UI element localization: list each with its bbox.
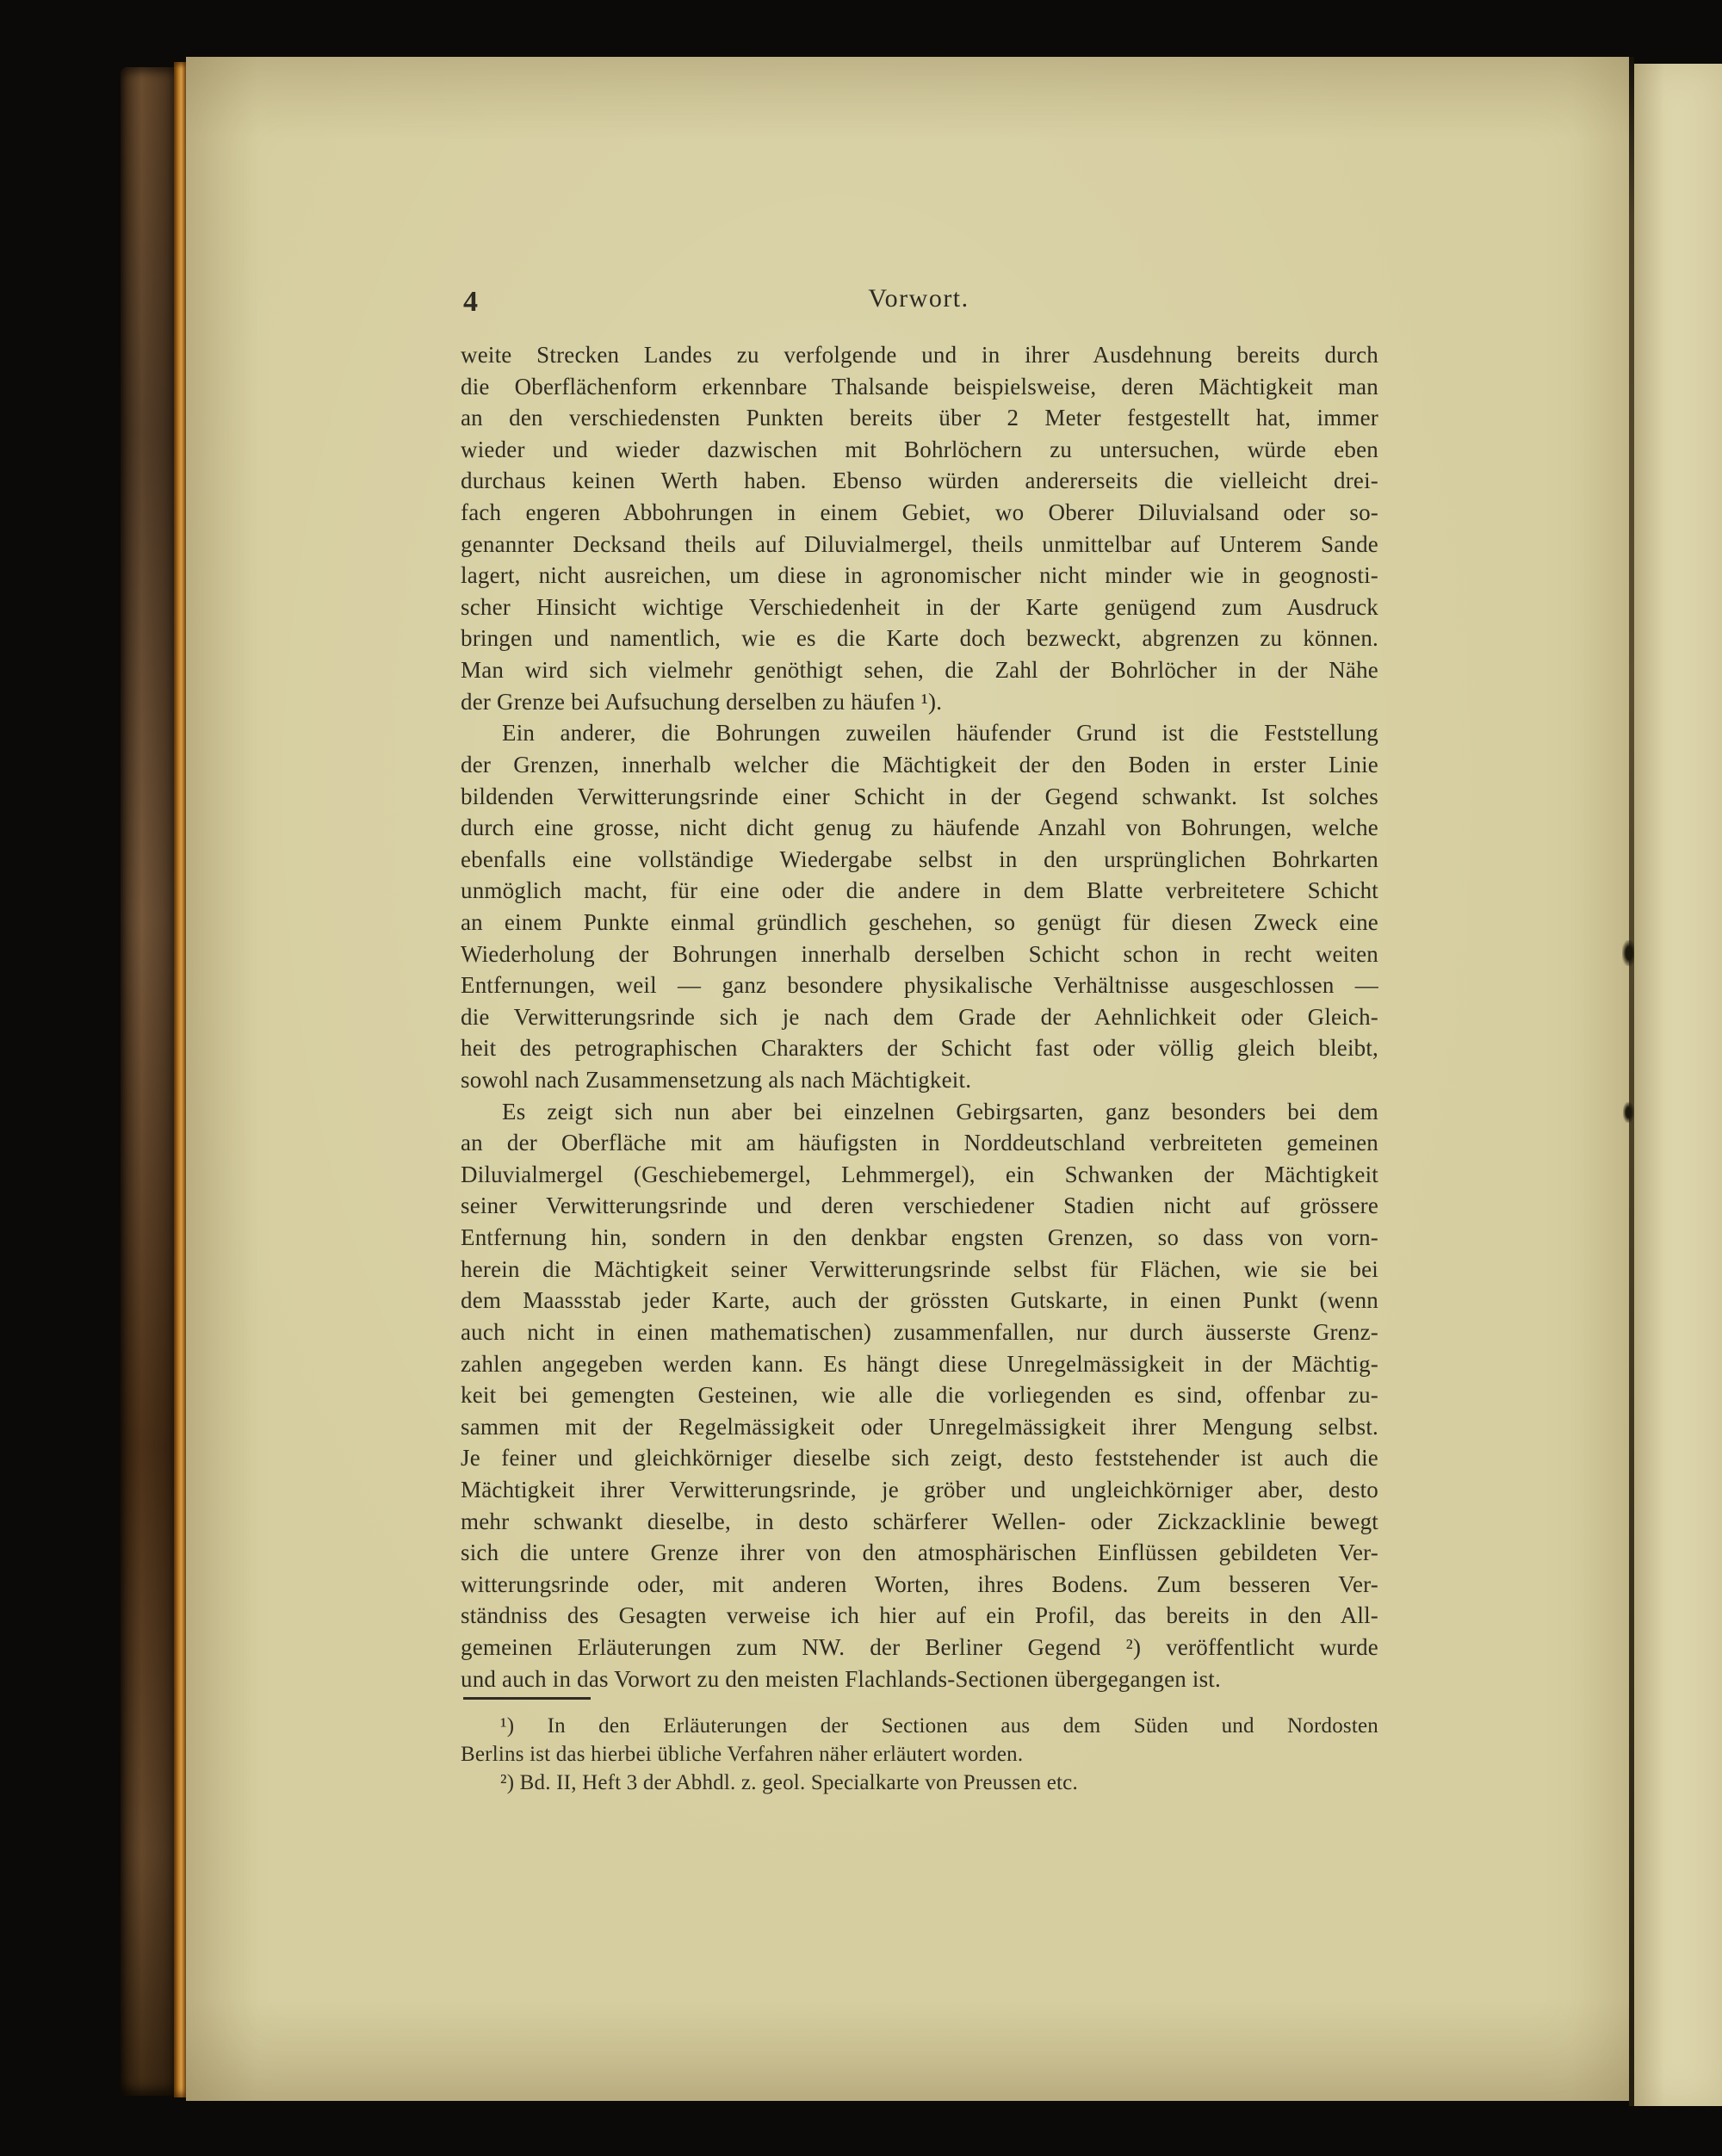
text-line: witterungsrinde oder, mit anderen Worten…: [461, 1569, 1378, 1601]
text-line: ¹) In den Erläuterungen der Sectionen au…: [461, 1712, 1378, 1740]
text-line: heit des petrographischen Charakters der…: [461, 1032, 1378, 1064]
book-spine-edge: [121, 67, 176, 2096]
text-line: durch eine grosse, nicht dicht genug zu …: [461, 812, 1378, 844]
text-line: gemeinen Erläuterungen zum NW. der Berli…: [461, 1632, 1378, 1663]
text-line: genannter Decksand theils auf Diluvialme…: [461, 529, 1378, 561]
paper-nick: [1623, 1102, 1634, 1123]
text-line: keit bei gemengten Gesteinen, wie alle d…: [461, 1379, 1378, 1411]
text-line: Entfernung hin, sondern in den denkbar e…: [461, 1222, 1378, 1254]
text-line: Wiederholung der Bohrungen innerhalb der…: [461, 939, 1378, 970]
text-line: der Grenze bei Aufsuchung derselben zu h…: [461, 686, 1378, 718]
text-line: zahlen angegeben werden kann. Es hängt d…: [461, 1348, 1378, 1380]
text-line: lagert, nicht ausreichen, um diese in ag…: [461, 560, 1378, 592]
text-line: Mächtigkeit ihrer Verwitterungsrinde, je…: [461, 1474, 1378, 1506]
text-line: an der Oberfläche mit am häufigsten in N…: [461, 1127, 1378, 1159]
body-text: weite Strecken Landes zu verfolgende und…: [461, 339, 1378, 1694]
footnotes: ¹) In den Erläuterungen der Sectionen au…: [461, 1712, 1378, 1797]
text-line: bildenden Verwitterungsrinde einer Schic…: [461, 781, 1378, 813]
text-line: auch nicht in einen mathematischen) zusa…: [461, 1317, 1378, 1348]
text-line: sammen mit der Regelmässigkeit oder Unre…: [461, 1411, 1378, 1443]
text-line: ²) Bd. II, Heft 3 der Abhdl. z. geol. Sp…: [461, 1769, 1378, 1797]
text-line: Berlins ist das hierbei übliche Verfahre…: [461, 1740, 1378, 1769]
page-block-fore-edge: [174, 62, 186, 2097]
text-line: sowohl nach Zusammensetzung als nach Mäc…: [461, 1064, 1378, 1096]
text-line: an einem Punkte einmal gründlich gescheh…: [461, 907, 1378, 939]
text-line: ständniss des Gesagten verweise ich hier…: [461, 1600, 1378, 1632]
text-line: die Oberflächenform erkennbare Thalsande…: [461, 371, 1378, 403]
text-line: mehr schwankt dieselbe, in desto schärfe…: [461, 1506, 1378, 1538]
text-line: Es zeigt sich nun aber bei einzelnen Geb…: [461, 1096, 1378, 1128]
footnote-separator-rule: [463, 1697, 591, 1700]
text-line: Ein anderer, die Bohrungen zuweilen häuf…: [461, 717, 1378, 749]
text-line: der Grenzen, innerhalb welcher die Mächt…: [461, 749, 1378, 781]
text-line: wieder und wieder dazwischen mit Bohrlöc…: [461, 434, 1378, 466]
running-header-title: Vorwort.: [460, 284, 1378, 313]
text-line: dem Maassstab jeder Karte, auch der grös…: [461, 1285, 1378, 1317]
scanned-book-photo: 4 Vorwort. weite Strecken Landes zu verf…: [0, 0, 1722, 2156]
text-line: scher Hinsicht wichtige Verschiedenheit …: [461, 592, 1378, 623]
text-line: die Verwitterungsrinde sich je nach dem …: [461, 1001, 1378, 1033]
text-line: Diluvialmergel (Geschiebemergel, Lehmmer…: [461, 1159, 1378, 1191]
text-line: unmöglich macht, für eine oder die ander…: [461, 875, 1378, 907]
text-line: an den verschiedensten Punkten bereits ü…: [461, 402, 1378, 434]
text-line: durchaus keinen Werth haben. Ebenso würd…: [461, 465, 1378, 497]
text-line: Entfernungen, weil — ganz besondere phys…: [461, 970, 1378, 1001]
text-line: Man wird sich vielmehr genöthigt sehen, …: [461, 654, 1378, 686]
text-line: seiner Verwitterungsrinde und deren vers…: [461, 1190, 1378, 1222]
text-line: fach engeren Abbohrungen in einem Gebiet…: [461, 497, 1378, 529]
book-page: 4 Vorwort. weite Strecken Landes zu verf…: [186, 57, 1629, 2101]
text-line: und auch in das Vorwort zu den meisten F…: [461, 1663, 1378, 1695]
text-line: bringen und namentlich, wie es die Karte…: [461, 623, 1378, 654]
running-head: 4 Vorwort.: [460, 284, 1378, 322]
next-page-edge: [1634, 64, 1722, 2106]
text-line: sich die untere Grenze ihrer von den atm…: [461, 1537, 1378, 1569]
text-line: herein die Mächtigkeit seiner Verwitteru…: [461, 1254, 1378, 1286]
text-line: weite Strecken Landes zu verfolgende und…: [461, 339, 1378, 371]
text-line: ebenfalls eine vollständige Wiedergabe s…: [461, 844, 1378, 876]
text-line: Je feiner und gleichkörniger dieselbe si…: [461, 1442, 1378, 1474]
